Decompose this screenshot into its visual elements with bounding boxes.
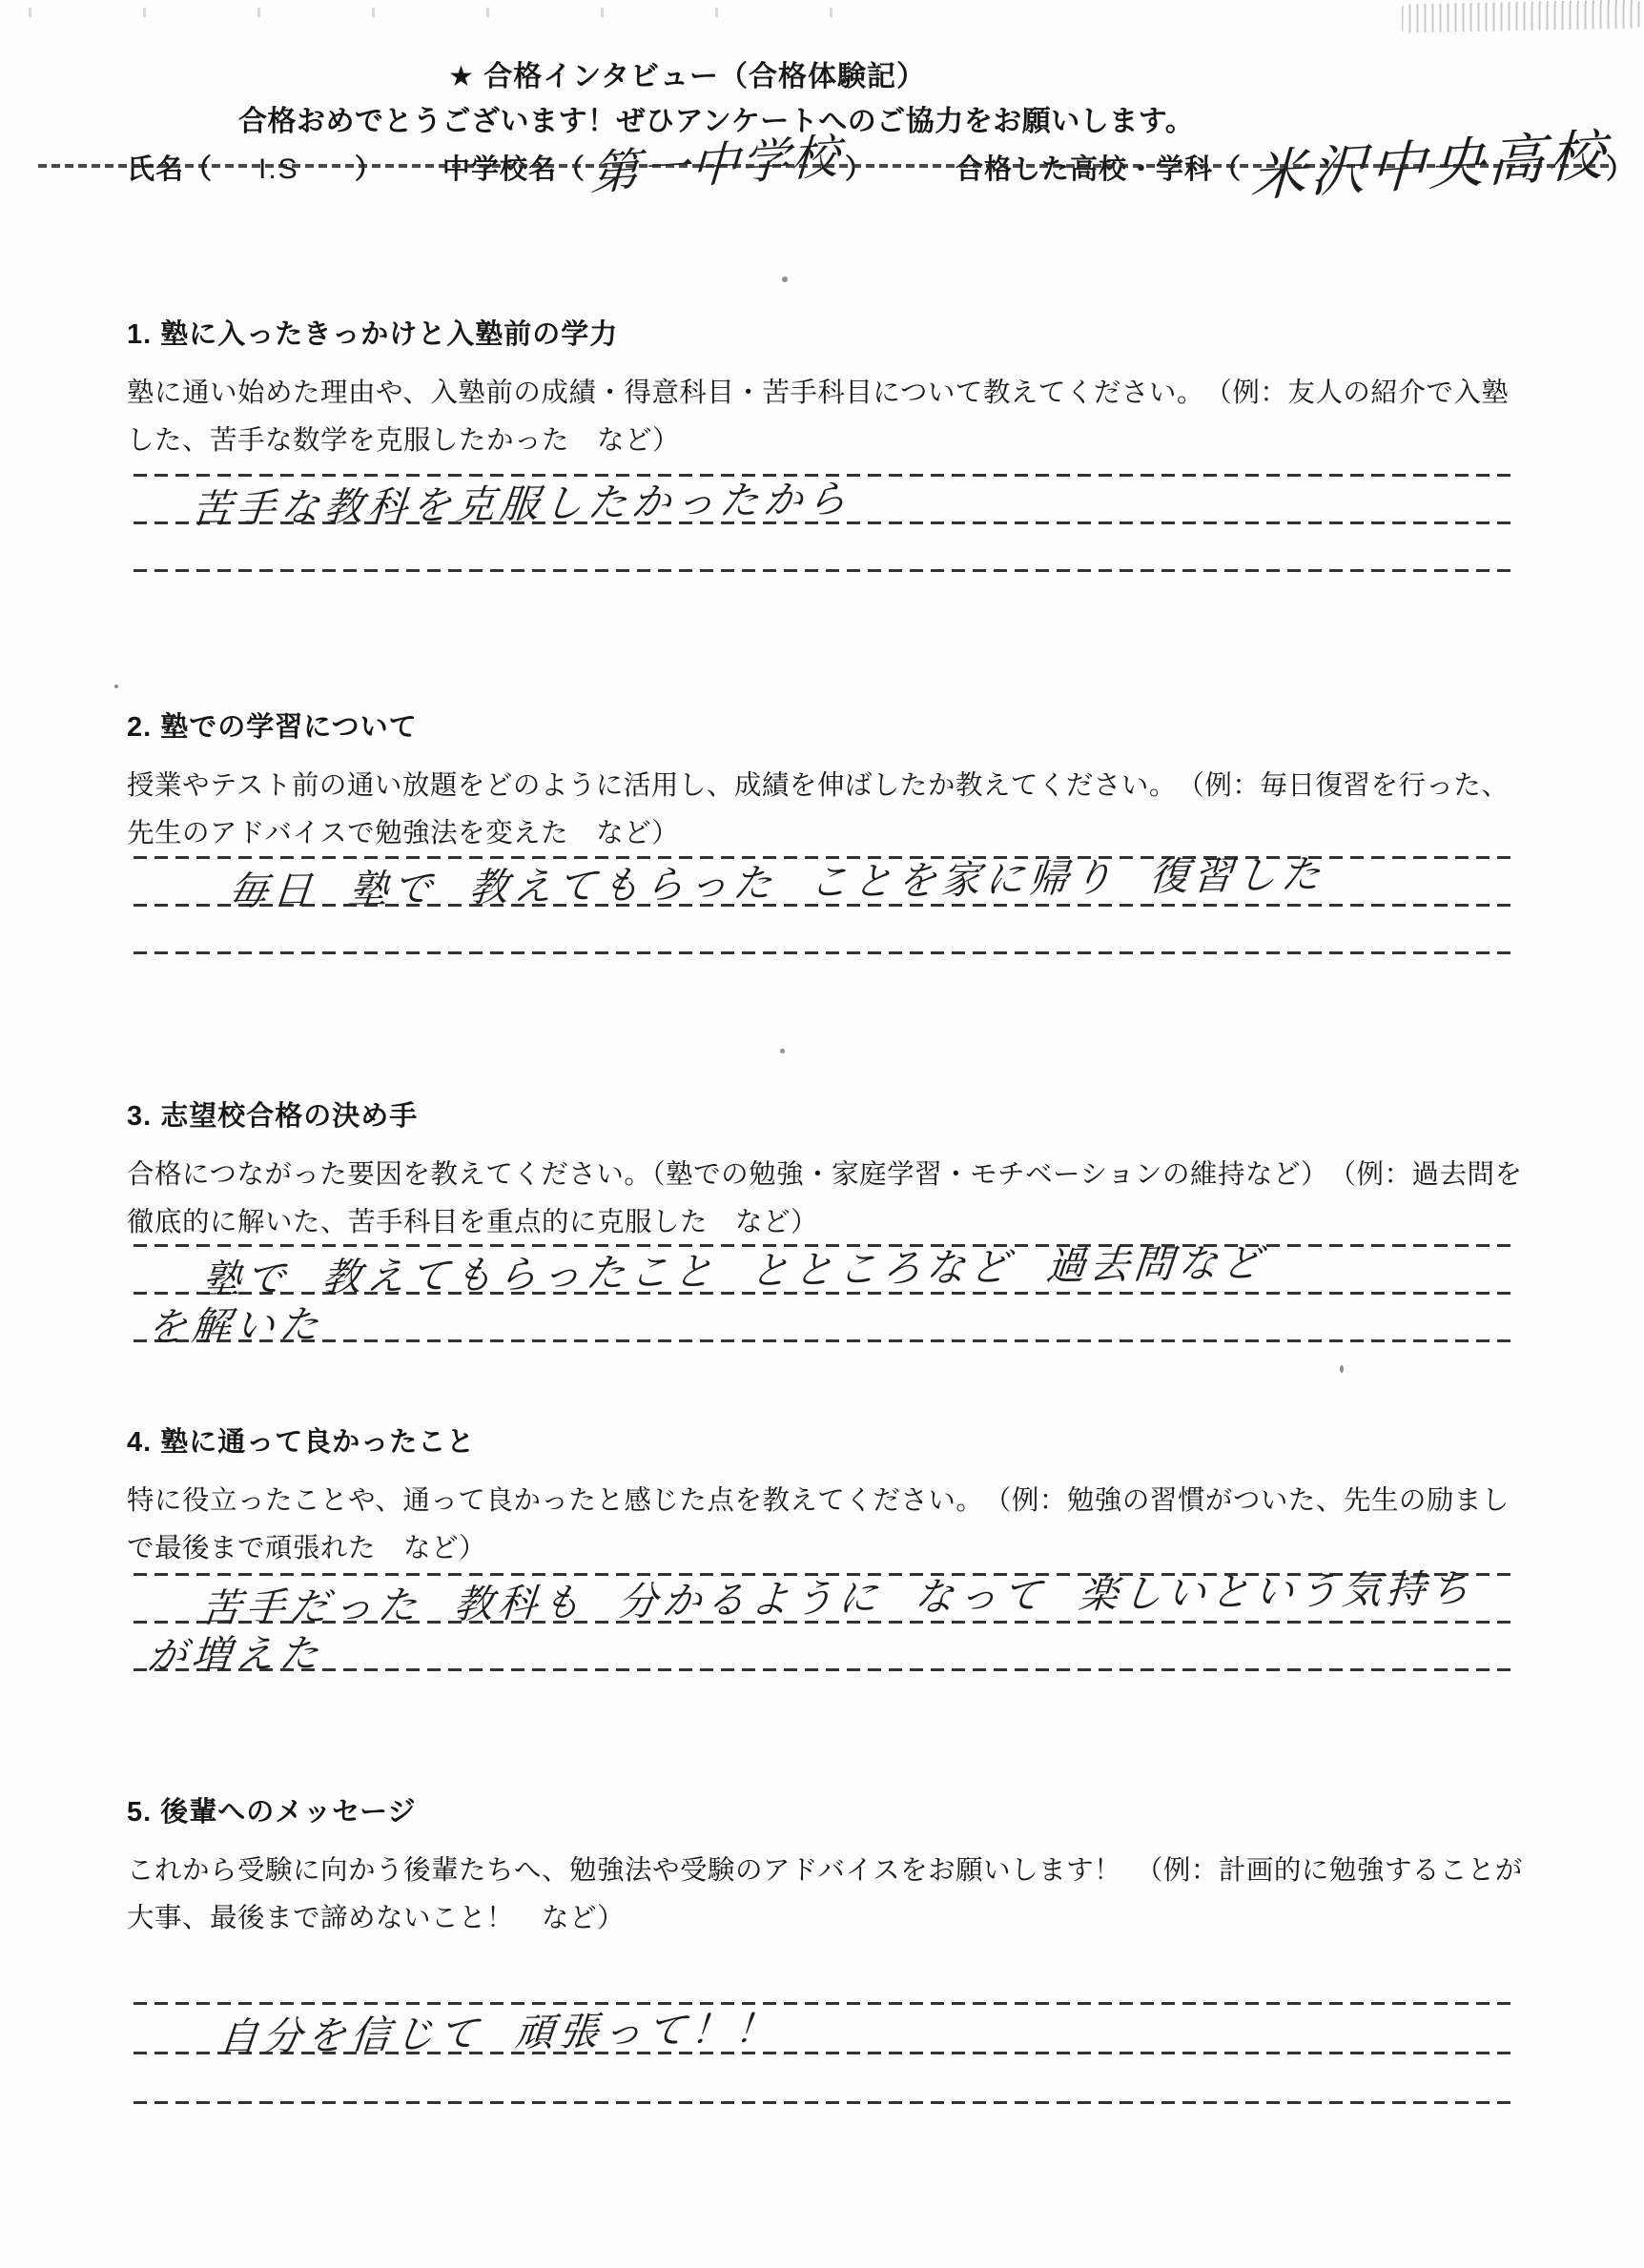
scan-artifact [780, 1049, 785, 1053]
answer-dashed-line [134, 951, 1518, 954]
header-divider-dashed-line [38, 164, 1612, 168]
scan-artifact [1402, 0, 1641, 33]
section-2: 2. 塾での学習について 授業やテスト前の通い放題をどのように活用し、成績を伸ば… [127, 705, 1529, 857]
answer-dashed-line [134, 2101, 1518, 2104]
section-3-handwritten-answer-line2: を解いた [145, 1293, 326, 1352]
section-5-answer-area: 自分を信じて 頑張って！！ [134, 2002, 1518, 2101]
name-value: I.S [258, 153, 299, 186]
section-5: 5. 後輩へのメッセージ これから受験に向かう後輩たちへ、勉強法や受験のアドバイ… [127, 1790, 1529, 1942]
name-paren-close: ） [355, 154, 383, 185]
section-1-description: 塾に通い始めた理由や、入塾前の成績・得意科目・苦手科目について教えてください。 … [127, 369, 1529, 464]
section-1: 1. 塾に入ったきっかけと入塾前の学力 塾に通い始めた理由や、入塾前の成績・得意… [127, 313, 1529, 464]
section-3: 3. 志望校合格の決め手 合格につながった要因を教えてください。（塾での勉強・家… [127, 1094, 1529, 1246]
section-4-answer-area: 苦手だった 教科も 分かるように なって 楽しいという気持ち が増えた [134, 1573, 1518, 1672]
section-3-description: 合格につながった要因を教えてください。（塾での勉強・家庭学習・モチベーションの維… [127, 1151, 1529, 1246]
name-label: 氏名（ [127, 154, 213, 185]
section-2-heading: 2. 塾での学習について [127, 705, 1529, 745]
high-school-handwritten-value: 米沢中央高校 [1249, 110, 1609, 212]
section-1-answer-area: 苦手な教科を克服したかったから [134, 474, 1518, 573]
section-4-heading: 4. 塾に通って良かったこと [127, 1420, 1529, 1460]
high-school-label: 合格した高校・学科（ [956, 154, 1242, 185]
section-5-description: これから受験に向かう後輩たちへ、勉強法や受験のアドバイスをお願いします！ （例：… [127, 1847, 1529, 1942]
scan-artifact [29, 8, 887, 17]
scan-artifact [782, 276, 788, 282]
section-3-answer-area: 塾で 教えてもらったこと とところなど 過去問など を解いた [134, 1244, 1518, 1343]
respondent-info-row: 氏名（I.S） 中学校名（第一中学校） 合格した高校・学科（米沢中央高校） [127, 132, 1614, 212]
page-title: ★ 合格インタビュー（合格体験記） [448, 52, 926, 94]
section-4-description: 特に役立ったことや、通って良かったと感じた点を教えてください。 （例：勉強の習慣… [127, 1477, 1529, 1572]
section-4: 4. 塾に通って良かったこと 特に役立ったことや、通って良かったと感じた点を教え… [127, 1420, 1529, 1572]
section-4-handwritten-answer-line2: が増えた [145, 1622, 326, 1681]
middle-school-paren-close: ） [845, 154, 873, 185]
section-5-handwritten-answer: 自分を信じて 頑張って！！ [216, 1997, 781, 2062]
middle-school-label: 中学校名（ [442, 154, 586, 185]
section-3-heading: 3. 志望校合格の決め手 [127, 1094, 1529, 1134]
scanned-survey-page: ★ 合格インタビュー（合格体験記） 合格おめでとうございます！ぜひアンケートへの… [0, 0, 1644, 2268]
scan-artifact [114, 684, 118, 688]
answer-dashed-line [134, 1668, 1518, 1671]
high-school-paren-close: ） [1606, 154, 1634, 185]
section-1-heading: 1. 塾に入ったきっかけと入塾前の学力 [127, 313, 1529, 352]
answer-dashed-line [134, 569, 1518, 572]
section-1-handwritten-answer: 苦手な教科を克服したかったから [190, 467, 853, 534]
section-2-answer-area: 毎日 塾で 教えてもらった ことを家に帰り 復習した [134, 856, 1518, 955]
answer-dashed-line [134, 1339, 1518, 1342]
middle-school-handwritten-value: 第一中学校 [589, 118, 842, 204]
scan-artifact [1340, 1365, 1344, 1373]
section-5-heading: 5. 後輩へのメッセージ [127, 1790, 1529, 1829]
